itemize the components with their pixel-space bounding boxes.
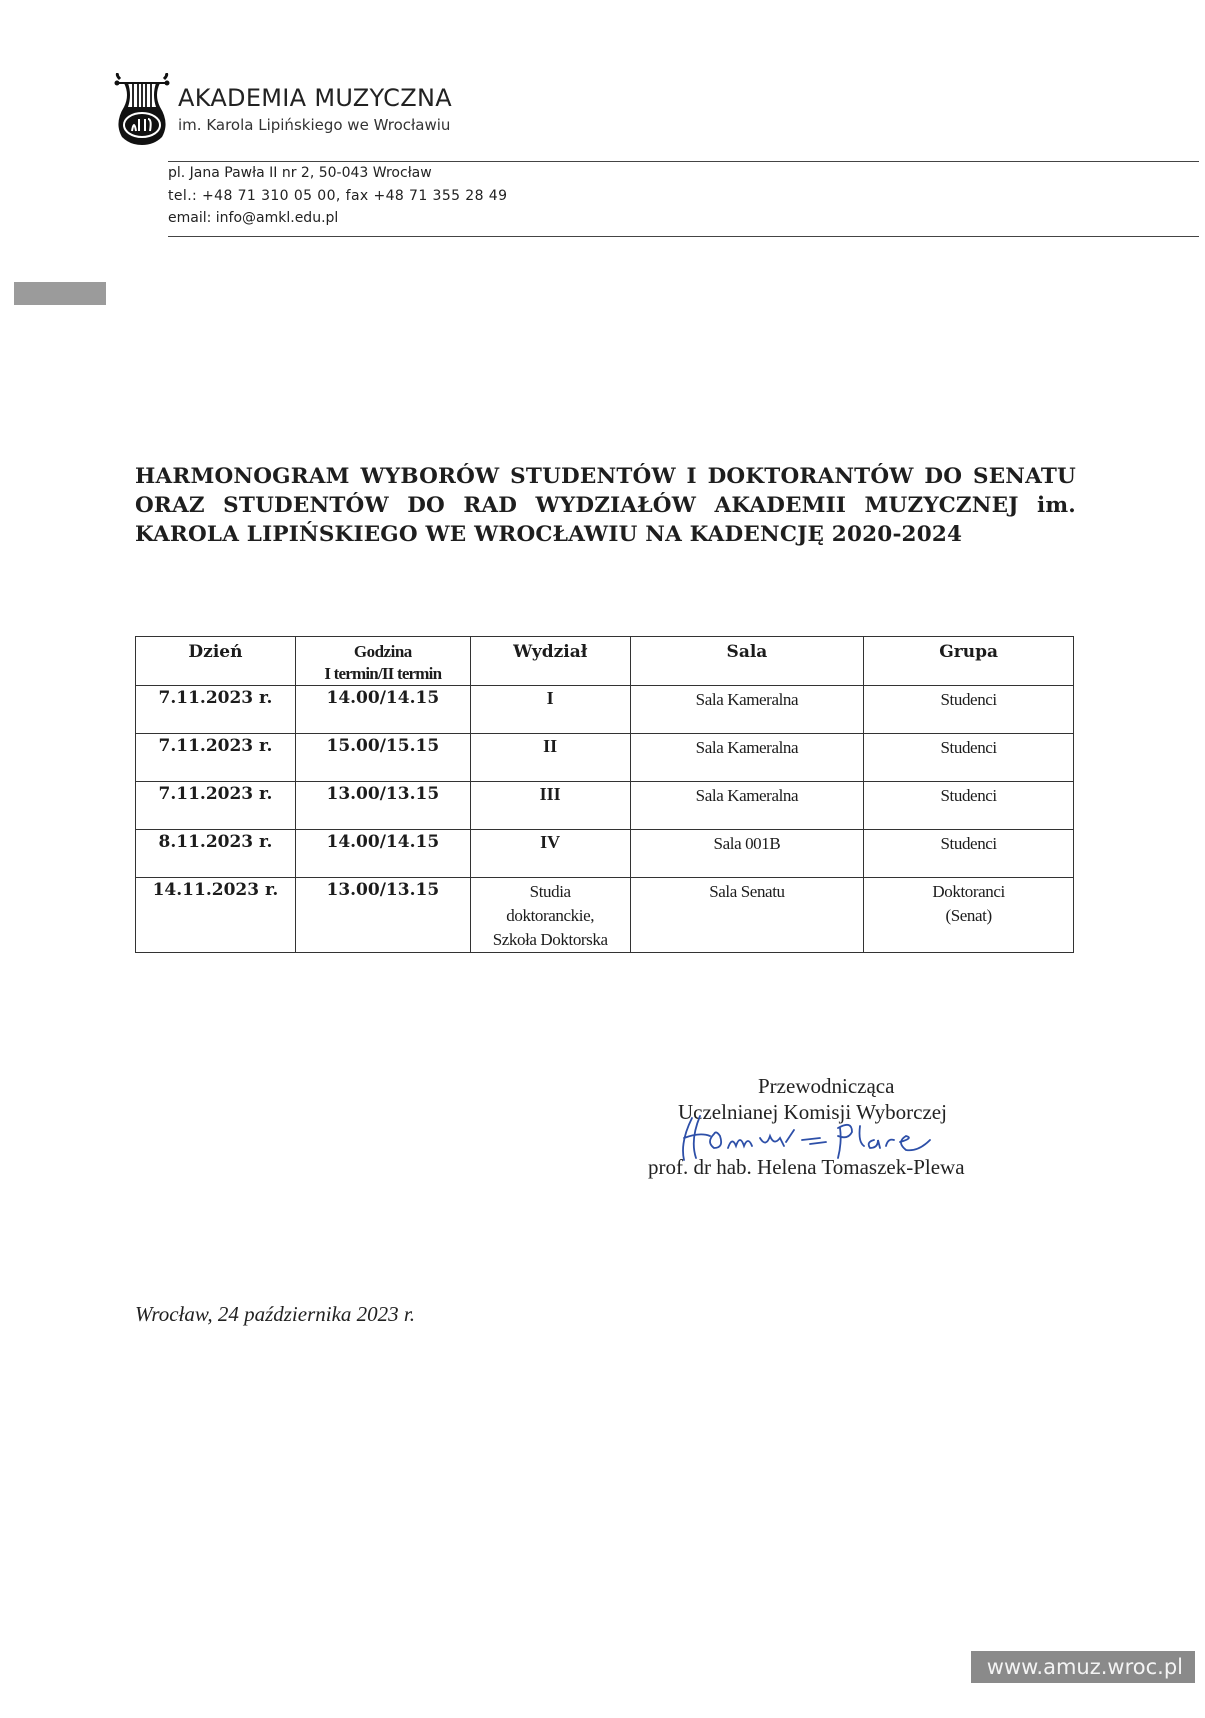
cell-group: Studenci (864, 686, 1074, 734)
cell-day: 7.11.2023 r. (136, 782, 296, 830)
cell-room: Sala Kameralna (630, 782, 864, 830)
cell-faculty: IV (470, 830, 630, 878)
cell-faculty: Studia doktoranckie, Szkoła Doktorska (470, 878, 630, 953)
cell-day: 7.11.2023 r. (136, 686, 296, 734)
phone-fax: tel.: +48 71 310 05 00, fax +48 71 355 2… (168, 188, 507, 204)
email: email: info@amkl.edu.pl (168, 210, 338, 226)
header-room: Sala (630, 637, 864, 686)
table-row: 8.11.2023 r. 14.00/14.15 IV Sala 001B St… (136, 830, 1074, 878)
group-line: Doktoranci (868, 880, 1069, 904)
table-row: 7.11.2023 r. 15.00/15.15 II Sala Kameral… (136, 734, 1074, 782)
cell-group: Studenci (864, 830, 1074, 878)
divider-bottom (168, 236, 1199, 237)
faculty-line: Szkoła Doktorska (475, 928, 626, 952)
cell-group: Studenci (864, 734, 1074, 782)
cell-room: Sala 001B (630, 830, 864, 878)
table-row: 7.11.2023 r. 13.00/13.15 III Sala Kamera… (136, 782, 1074, 830)
faculty-line: doktoranckie, (475, 904, 626, 928)
cell-hour: 14.00/14.15 (295, 686, 470, 734)
org-name: AKADEMIA MUZYCZNA (178, 84, 452, 112)
cell-hour: 14.00/14.15 (295, 830, 470, 878)
org-subtitle: im. Karola Lipińskiego we Wrocławiu (178, 116, 450, 134)
table-row: 14.11.2023 r. 13.00/13.15 Studia doktora… (136, 878, 1074, 953)
schedule-table: Dzień GodzinaI termin/II termin Wydział … (135, 636, 1074, 953)
cell-room: Sala Kameralna (630, 734, 864, 782)
faculty-line: Studia (475, 880, 626, 904)
website-link[interactable]: www.amuz.wroc.pl (971, 1651, 1195, 1683)
place-date: Wrocław, 24 października 2023 r. (135, 1302, 415, 1327)
cell-hour: 13.00/13.15 (295, 878, 470, 953)
website-text: www.amuz.wroc.pl (987, 1655, 1195, 1679)
signatory-name: prof. dr hab. Helena Tomaszek-Plewa (648, 1155, 965, 1180)
cell-room: Sala Senatu (630, 878, 864, 953)
cell-group: Doktoranci (Senat) (864, 878, 1074, 953)
group-line: (Senat) (868, 904, 1069, 928)
cell-day: 14.11.2023 r. (136, 878, 296, 953)
gray-stamp-mark (14, 282, 106, 305)
cell-hour: 15.00/15.15 (295, 734, 470, 782)
cell-hour: 13.00/13.15 (295, 782, 470, 830)
cell-faculty: I (470, 686, 630, 734)
header-day: Dzień (136, 637, 296, 686)
table-row: 7.11.2023 r. 14.00/14.15 I Sala Kameraln… (136, 686, 1074, 734)
document-title: HARMONOGRAM WYBORÓW STUDENTÓW I DOKTORAN… (135, 462, 1076, 549)
signatory-role: Przewodnicząca (758, 1074, 894, 1099)
table-header-row: Dzień GodzinaI termin/II termin Wydział … (136, 637, 1074, 686)
divider-top (168, 161, 1199, 162)
cell-day: 8.11.2023 r. (136, 830, 296, 878)
header-hour: GodzinaI termin/II termin (295, 637, 470, 686)
header-group: Grupa (864, 637, 1074, 686)
header-faculty: Wydział (470, 637, 630, 686)
address: pl. Jana Pawła II nr 2, 50-043 Wrocław (168, 165, 432, 181)
cell-group: Studenci (864, 782, 1074, 830)
cell-faculty: II (470, 734, 630, 782)
lyre-logo-icon (112, 73, 172, 145)
cell-room: Sala Kameralna (630, 686, 864, 734)
cell-day: 7.11.2023 r. (136, 734, 296, 782)
cell-faculty: III (470, 782, 630, 830)
